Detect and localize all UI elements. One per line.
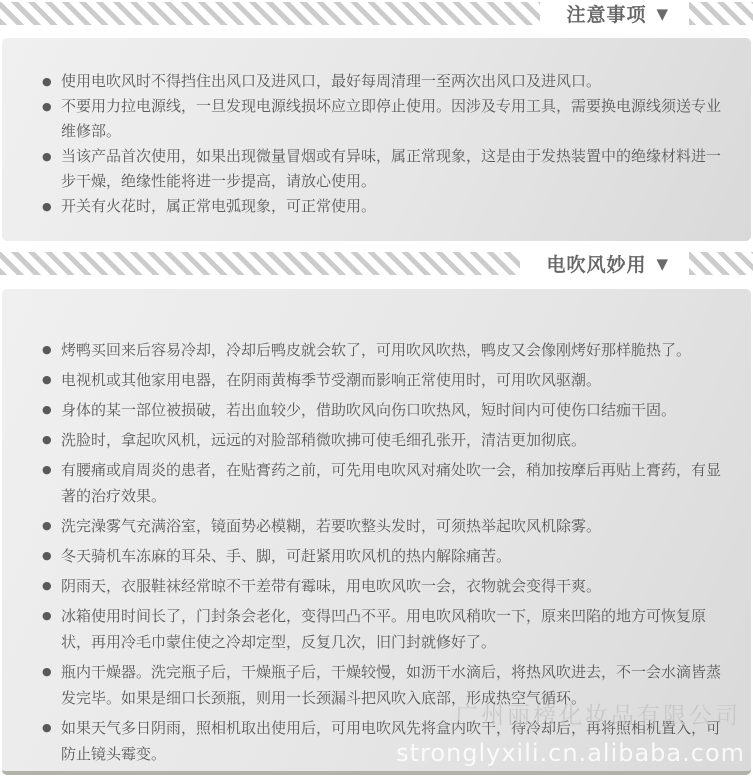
- clever-uses-panel: ● 烤鸭买回来后容易冷却，冷却后鸭皮就会软了，可用吹风吹热，鸭皮又会像刚烤好那样…: [2, 289, 751, 775]
- bullet-icon: ●: [42, 513, 61, 539]
- bullet-icon: ●: [42, 715, 61, 767]
- list-item: ● 开关有火花时，属正常电弧现象，可正常使用。: [42, 194, 723, 219]
- list-item: ● 冬天骑机车冻麻的耳朵、手、脚，可赶紧用吹风机的热内解除痛苦。: [42, 543, 725, 569]
- chevron-down-icon: ▼: [656, 255, 669, 273]
- diagonal-stripes-left: [0, 252, 520, 275]
- list-item-text: 身体的某一部位被损破，若出血较少，借助吹风向伤口吹热风，短时间内可使伤口结痂干固…: [61, 397, 725, 423]
- list-item: ● 当该产品首次使用，如果出现微量冒烟或有异味，属正常现象，这是由于发热装置中的…: [42, 144, 723, 194]
- list-item: ● 洗完澡雾气充满浴室，镜面势必模糊，若要吹整头发时，可须热举起吹风机除雾。: [42, 513, 725, 539]
- list-item-text: 阴雨天，衣服鞋袜经常晾不干差带有霉味，用电吹风吹一会，衣物就会变得干爽。: [61, 573, 725, 599]
- diagonal-stripes-right: [689, 252, 753, 275]
- list-item-text: 烤鸭买回来后容易冷却，冷却后鸭皮就会软了，可用吹风吹热，鸭皮又会像刚烤好那样脆热…: [61, 337, 725, 363]
- bullet-icon: ●: [42, 457, 61, 509]
- bullet-icon: ●: [42, 94, 61, 144]
- bullet-icon: ●: [42, 427, 61, 453]
- section-title-text: 注意事项: [566, 0, 646, 27]
- list-item-text: 有腰痛或肩周炎的患者，在贴膏药之前，可先用电吹风对痛处吹一会，稍加按摩后再贴上膏…: [61, 457, 725, 509]
- list-item-text: 开关有火花时，属正常电弧现象，可正常使用。: [61, 194, 723, 219]
- list-item: ● 有腰痛或肩周炎的患者，在贴膏药之前，可先用电吹风对痛处吹一会，稍加按摩后再贴…: [42, 457, 725, 509]
- precautions-panel: ● 使用电吹风时不得挡住出风口及进风口，最好每周清理一至两次出风口及进风口。 ●…: [2, 38, 751, 241]
- list-item: ● 使用电吹风时不得挡住出风口及进风口，最好每周清理一至两次出风口及进风口。: [42, 69, 723, 94]
- section-title-text: 电吹风妙用: [546, 250, 646, 277]
- list-item: ● 洗脸时，拿起吹风机，远远的对脸部稍微吹拂可使毛细孔张开，清洁更加彻底。: [42, 427, 725, 453]
- list-item-text: 使用电吹风时不得挡住出风口及进风口，最好每周清理一至两次出风口及进风口。: [61, 69, 723, 94]
- list-item: ● 烤鸭买回来后容易冷却，冷却后鸭皮就会软了，可用吹风吹热，鸭皮又会像刚烤好那样…: [42, 337, 725, 363]
- diagonal-stripes-left: [0, 2, 540, 25]
- bullet-icon: ●: [42, 603, 61, 655]
- bullet-icon: ●: [42, 367, 61, 393]
- list-item-text: 洗脸时，拿起吹风机，远远的对脸部稍微吹拂可使毛细孔张开，清洁更加彻底。: [61, 427, 725, 453]
- bullet-icon: ●: [42, 397, 61, 423]
- bullet-icon: ●: [42, 69, 61, 94]
- bullet-icon: ●: [42, 194, 61, 219]
- list-item-text: 冰箱使用时间长了，门封条会老化，变得凹凸不平。用电吹风稍吹一下，原来凹陷的地方可…: [61, 603, 725, 655]
- company-watermark: 广州丽榜化妆品有限公司: [455, 697, 741, 730]
- list-item-text: 电视机或其他家用电器，在阴雨黄梅季节受潮而影响正常使用时，可用吹风驱潮。: [61, 367, 725, 393]
- bullet-icon: ●: [42, 144, 61, 194]
- bullet-icon: ●: [42, 573, 61, 599]
- list-item-text: 洗完澡雾气充满浴室，镜面势必模糊，若要吹整头发时，可须热举起吹风机除雾。: [61, 513, 725, 539]
- list-item: ● 电视机或其他家用电器，在阴雨黄梅季节受潮而影响正常使用时，可用吹风驱潮。: [42, 367, 725, 393]
- bullet-icon: ●: [42, 543, 61, 569]
- list-item-text: 不要用力拉电源线，一旦发现电源线损坏应立即停止使用。因涉及专用工具，需要换电源线…: [61, 94, 723, 144]
- chevron-down-icon: ▼: [656, 5, 669, 23]
- section-gap: [0, 241, 753, 250]
- list-item: ● 阴雨天，衣服鞋袜经常晾不干差带有霉味，用电吹风吹一会，衣物就会变得干爽。: [42, 573, 725, 599]
- list-item: ● 冰箱使用时间长了，门封条会老化，变得凹凸不平。用电吹风稍吹一下，原来凹陷的地…: [42, 603, 725, 655]
- list-item: ● 身体的某一部位被损破，若出血较少，借助吹风向伤口吹热风，短时间内可使伤口结痂…: [42, 397, 725, 423]
- list-item-text: 冬天骑机车冻麻的耳朵、手、脚，可赶紧用吹风机的热内解除痛苦。: [61, 543, 725, 569]
- section-header-precautions: 注意事项 ▼: [0, 0, 753, 27]
- precautions-list: ● 使用电吹风时不得挡住出风口及进风口，最好每周清理一至两次出风口及进风口。 ●…: [42, 69, 723, 219]
- list-item: ● 不要用力拉电源线，一旦发现电源线损坏应立即停止使用。因涉及专用工具，需要换电…: [42, 94, 723, 144]
- url-watermark: stronglyxili.cn.alibaba.com: [396, 739, 745, 767]
- section-title-precautions[interactable]: 注意事项 ▼: [566, 0, 669, 27]
- section-title-clever-uses[interactable]: 电吹风妙用 ▼: [546, 250, 669, 277]
- bullet-icon: ●: [42, 659, 61, 711]
- list-item-text: 当该产品首次使用，如果出现微量冒烟或有异味，属正常现象，这是由于发热装置中的绝缘…: [61, 144, 723, 194]
- bullet-icon: ●: [42, 337, 61, 363]
- section-header-clever-uses: 电吹风妙用 ▼: [0, 250, 753, 277]
- diagonal-stripes-right: [689, 2, 753, 25]
